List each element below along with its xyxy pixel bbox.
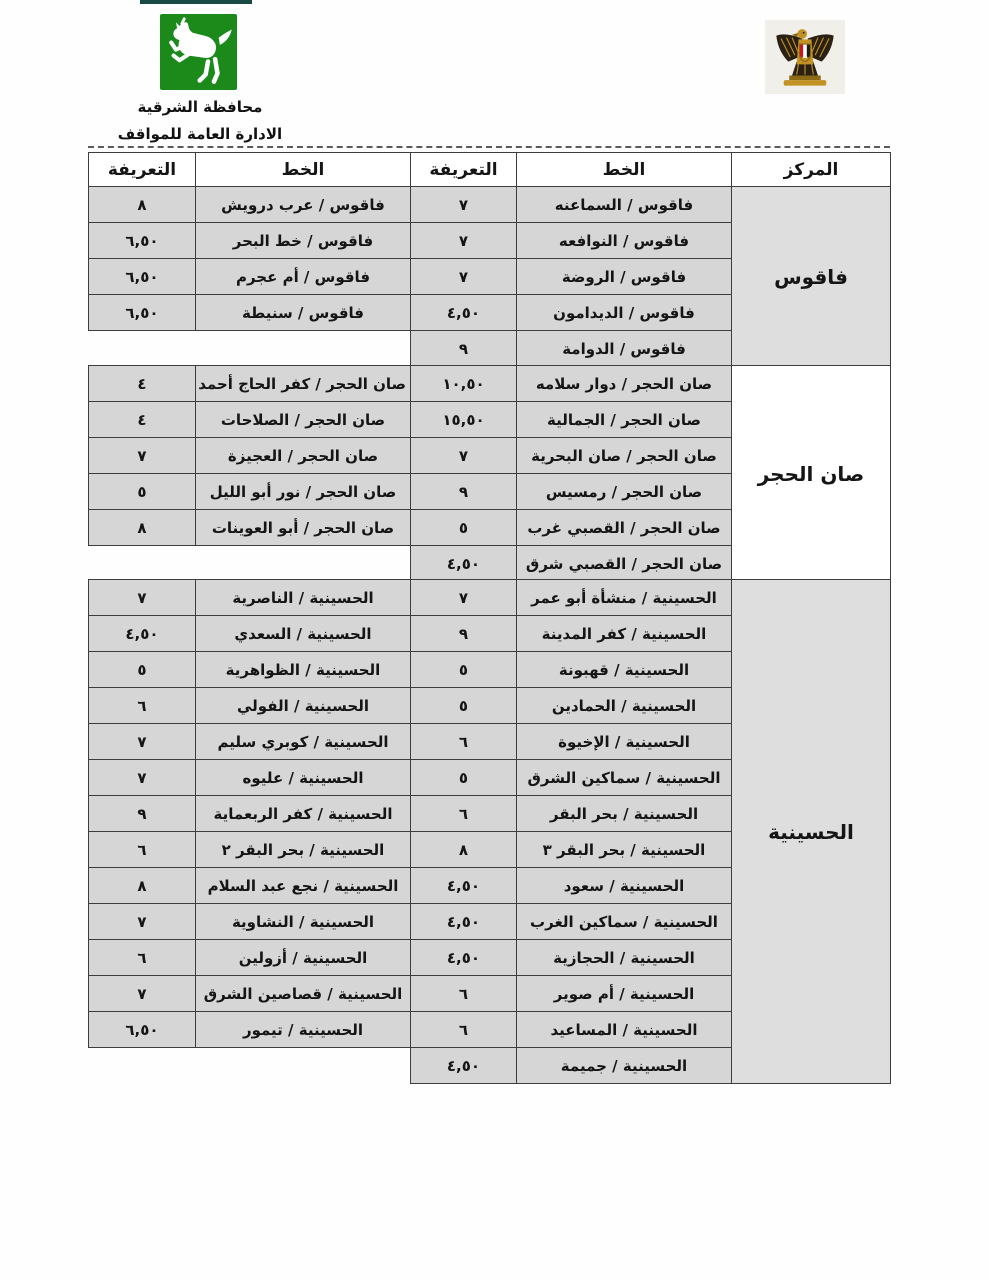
tariff-cell: ٩ [411, 331, 517, 367]
scan-artifact-strip [140, 0, 252, 4]
tariff-cell: ٤,٥٠ [411, 1048, 517, 1084]
tariff-cell: ٧ [411, 580, 517, 616]
route-cell: الحسينية / تيمور [196, 1012, 411, 1048]
route-cell: الحسينية / قصاصين الشرق [196, 976, 411, 1012]
header-tariff-inner: التعريفة [411, 153, 517, 187]
route-cell: فاقوس / عرب درويش [196, 187, 411, 223]
tariff-cell: ٩ [89, 796, 196, 832]
route-cell: الحسينية / الحمادين [517, 688, 732, 724]
tariff-cell: ٥ [411, 510, 517, 546]
scanned-fare-document: محافظة الشرقية الادارة العامة للمواقف [0, 0, 989, 1280]
route-cell: الحسينية / السعدي [196, 616, 411, 652]
tariff-cell: ٦,٥٠ [89, 1012, 196, 1048]
tariff-cell: ٤,٥٠ [411, 546, 517, 582]
tariff-cell: ١٠,٥٠ [411, 366, 517, 402]
route-cell: فاقوس / أم عجرم [196, 259, 411, 295]
route-cell: فاقوس / الدوامة [517, 331, 732, 367]
route-cell: الحسينية / سماكين الشرق [517, 760, 732, 796]
route-cell: الحسينية / الإخيوة [517, 724, 732, 760]
tariff-cell: ٨ [89, 187, 196, 223]
dashed-separator [88, 146, 890, 148]
tariff-cell: ٦,٥٠ [89, 259, 196, 295]
tariff-cell: ٧ [411, 259, 517, 295]
header-tariff-outer: التعريفة [89, 153, 196, 187]
fare-table-section-1: صان الحجرصان الحجر / دوار سلامه١٠,٥٠صان … [88, 365, 891, 582]
tariff-cell: ٨ [89, 868, 196, 904]
tariff-cell: ٤,٥٠ [411, 904, 517, 940]
route-cell: فاقوس / السماعنه [517, 187, 732, 223]
tariff-cell: ٥ [411, 652, 517, 688]
tariff-cell: ٦ [411, 796, 517, 832]
route-cell: الحسينية / منشأة أبو عمر [517, 580, 732, 616]
route-cell: الحسينية / بحر البقر ٣ [517, 832, 732, 868]
tariff-cell: ٨ [411, 832, 517, 868]
center-cell: فاقوس [732, 187, 891, 367]
fare-table-section-2: الحسينيةالحسينية / منشأة أبو عمر٧الحسيني… [88, 579, 891, 1084]
tariff-cell: ٧ [411, 438, 517, 474]
route-cell: الحسينية / كفر الربعماية [196, 796, 411, 832]
route-cell: الحسينية / كفر المدينة [517, 616, 732, 652]
route-cell: الحسينية / بحر البقر [517, 796, 732, 832]
department-title: الادارة العامة للمواقف [95, 121, 305, 148]
tariff-cell: ٦,٥٠ [89, 223, 196, 259]
tariff-cell: ٤,٥٠ [411, 940, 517, 976]
tariff-cell: ١٥,٥٠ [411, 402, 517, 438]
tariff-cell: ٦ [89, 832, 196, 868]
fare-row: فاقوسفاقوس / السماعنه٧فاقوس / عرب درويش٨ [89, 187, 891, 223]
route-cell: الحسينية / عليوه [196, 760, 411, 796]
route-cell: فاقوس / الديدامون [517, 295, 732, 331]
fare-row: صان الحجرصان الحجر / دوار سلامه١٠,٥٠صان … [89, 366, 891, 402]
route-cell: صان الحجر / رمسيس [517, 474, 732, 510]
tariff-cell: ٧ [89, 724, 196, 760]
tariff-cell: ٤ [89, 366, 196, 402]
route-cell: صان الحجر / كفر الحاج أحمد [196, 366, 411, 402]
fare-row: الحسينيةالحسينية / منشأة أبو عمر٧الحسيني… [89, 580, 891, 616]
tariff-cell: ٧ [411, 223, 517, 259]
tariff-cell: ٩ [411, 616, 517, 652]
center-cell: الحسينية [732, 580, 891, 1084]
route-cell: صان الحجر / الجمالية [517, 402, 732, 438]
route-cell: الحسينية / أم صوير [517, 976, 732, 1012]
tariff-cell: ٦ [411, 724, 517, 760]
route-cell: الحسينية / المساعيد [517, 1012, 732, 1048]
route-cell: صان الحجر / العجيزة [196, 438, 411, 474]
route-cell: الحسينية / كوبري سليم [196, 724, 411, 760]
tariff-cell: ٦ [411, 1012, 517, 1048]
fare-table-header: المركزالخطالتعريفةالخطالتعريفة [88, 152, 891, 187]
header-center: المركز [732, 153, 891, 187]
tariff-cell: ٦,٥٠ [89, 295, 196, 331]
route-cell: الحسينية / الحجازية [517, 940, 732, 976]
route-cell: الحسينية / جميمة [517, 1048, 732, 1084]
route-cell: فاقوس / سنيطة [196, 295, 411, 331]
route-cell: صان الحجر / الصلاحات [196, 402, 411, 438]
tariff-cell: ٧ [89, 438, 196, 474]
route-cell: الحسينية / بحر البقر ٢ [196, 832, 411, 868]
eagle-icon [765, 20, 845, 94]
tariff-cell: ٥ [89, 474, 196, 510]
tariff-cell: ٤,٥٠ [411, 295, 517, 331]
route-cell: الحسينية / قهبونة [517, 652, 732, 688]
center-cell: صان الحجر [732, 366, 891, 582]
tariff-cell: ٤,٥٠ [411, 868, 517, 904]
tariff-cell: ٧ [89, 904, 196, 940]
fare-table-section-0: فاقوسفاقوس / السماعنه٧فاقوس / عرب درويش٨… [88, 186, 891, 367]
route-cell: صان الحجر / القصبي شرق [517, 546, 732, 582]
tariff-cell: ٥ [411, 760, 517, 796]
route-cell: الحسينية / الناصرية [196, 580, 411, 616]
route-cell: فاقوس / الروضة [517, 259, 732, 295]
route-cell: الحسينية / سعود [517, 868, 732, 904]
route-cell: الحسينية / سماكين الغرب [517, 904, 732, 940]
header-line-inner: الخط [517, 153, 732, 187]
tariff-cell: ٧ [89, 976, 196, 1012]
tariff-cell: ٦ [89, 940, 196, 976]
tariff-cell: ٩ [411, 474, 517, 510]
route-cell: صان الحجر / دوار سلامه [517, 366, 732, 402]
tariff-cell: ٧ [411, 187, 517, 223]
route-cell: صان الحجر / أبو العوينات [196, 510, 411, 546]
egypt-emblem [765, 20, 845, 94]
white-horse-icon [160, 14, 237, 90]
header-line-outer: الخط [196, 153, 411, 187]
route-cell: الحسينية / الفولي [196, 688, 411, 724]
route-cell: صان الحجر / صان البحرية [517, 438, 732, 474]
tariff-cell: ٦ [89, 688, 196, 724]
route-cell: الحسينية / أزولين [196, 940, 411, 976]
tariff-cell: ٥ [89, 652, 196, 688]
org-header: محافظة الشرقية الادارة العامة للمواقف [95, 94, 305, 148]
governorate-title: محافظة الشرقية [95, 94, 305, 121]
tariff-cell: ٨ [89, 510, 196, 546]
route-cell: صان الحجر / القصبي غرب [517, 510, 732, 546]
route-cell: فاقوس / خط البحر [196, 223, 411, 259]
route-cell: الحسينية / النشاوية [196, 904, 411, 940]
tariff-cell: ٧ [89, 580, 196, 616]
route-cell: الحسينية / الظواهرية [196, 652, 411, 688]
tariff-cell: ٤ [89, 402, 196, 438]
tariff-cell: ٧ [89, 760, 196, 796]
route-cell: صان الحجر / نور أبو الليل [196, 474, 411, 510]
tariff-cell: ٤,٥٠ [89, 616, 196, 652]
sharqia-governorate-logo [160, 14, 237, 90]
tariff-cell: ٦ [411, 976, 517, 1012]
tariff-cell: ٥ [411, 688, 517, 724]
route-cell: فاقوس / النوافعه [517, 223, 732, 259]
route-cell: الحسينية / نجع عبد السلام [196, 868, 411, 904]
